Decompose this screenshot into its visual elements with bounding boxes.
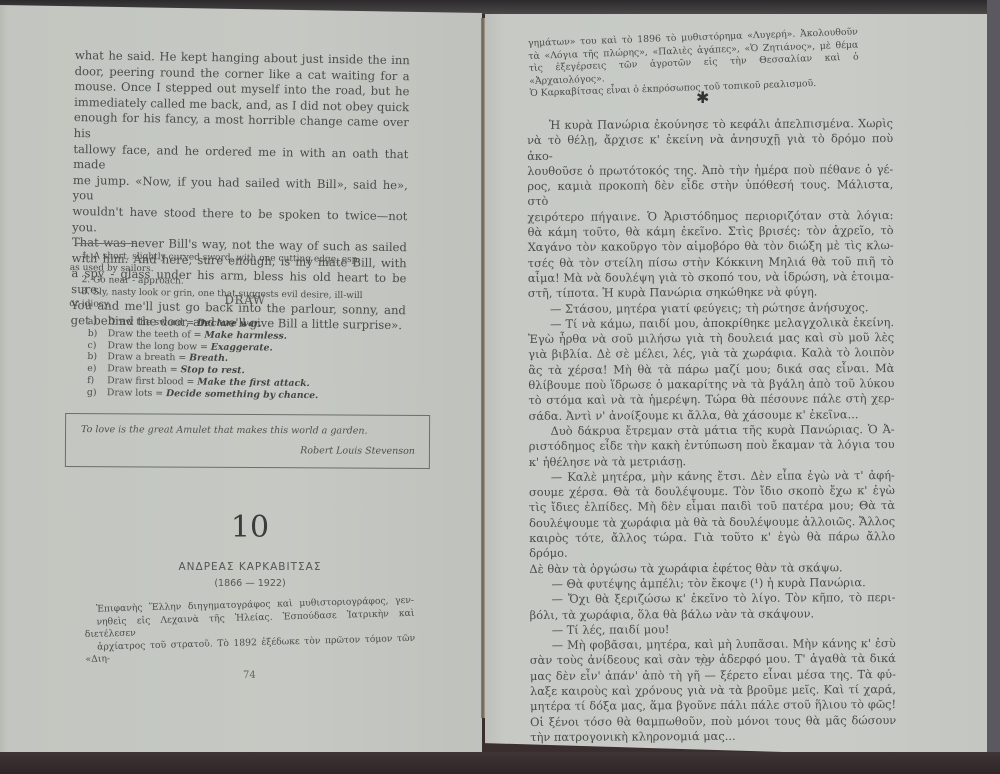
text-line: Οἱ ξένοι τόσο θὰ θαμπωθοῦν, ποὺ μόνοι το… bbox=[530, 713, 896, 730]
text-line: καιρὸς τότε, ἄλλος τώρα. Γιὰ τοῦτο κ' ἐγ… bbox=[529, 529, 895, 562]
draw-idioms-list: a)Draw the sword = Declare war.b)Draw th… bbox=[87, 316, 408, 403]
idiom-phrase: Draw lots = bbox=[107, 387, 166, 399]
item-label: e) bbox=[87, 363, 107, 375]
idiom-phrase: Draw breath = bbox=[107, 363, 180, 375]
text-line: wouldn't have stood there to be spoken t… bbox=[72, 204, 407, 240]
item-label: b) bbox=[88, 328, 108, 340]
item-label: a) bbox=[88, 316, 108, 328]
item-label: b) bbox=[87, 351, 107, 363]
idiom-meaning: Decide something by chance. bbox=[166, 388, 318, 401]
idiom-phrase: Draw the teeth of = bbox=[108, 328, 205, 340]
text-line: σάδα. Ἀντὶ ν' ἀνοίξουμε κι ἄλλα, θὰ χάσο… bbox=[529, 407, 895, 424]
section-separator-asterisk-icon: ✱ bbox=[696, 88, 709, 107]
chapter-author-name: ΑΝΔΡΕΑΣ ΚΑΡΚΑΒΙΤΣΑΣ bbox=[150, 561, 350, 573]
quote-text: To love is the great Amulet that makes t… bbox=[81, 424, 368, 436]
idiom-meaning: Declare war. bbox=[197, 318, 262, 330]
text-line: σὰν τοὺς ἀνίδεους καὶ σὰν τὸν ἀδερφό μου… bbox=[530, 651, 896, 668]
chapter-author-dates: (1866 — 1922) bbox=[200, 578, 300, 589]
biography-continuation: γημάτων» του καὶ τὸ 1896 τὸ μυθιστόρημα … bbox=[528, 27, 860, 101]
idiom-meaning: Make harmless. bbox=[204, 329, 287, 341]
idiom-meaning: Stop to rest. bbox=[180, 364, 244, 376]
chapter-number: 10 bbox=[200, 510, 300, 545]
right-page-body-text: Ἡ κυρὰ Πανώρια ἐκούνησε τὸ κεφάλι ἀπελπι… bbox=[527, 116, 896, 745]
text-line: Χαγάνο τὸν κακοῦργο τὸν αἱμοβόρο θὰ τὸν … bbox=[528, 238, 894, 255]
idiom-meaning: Make the first attack. bbox=[197, 377, 310, 390]
text-line: τὴν πατρογονικὴ κληρονομιά μας... bbox=[530, 728, 896, 745]
book-gutter bbox=[481, 18, 485, 718]
page-number-left: 74 bbox=[243, 670, 256, 681]
draw-section-title: DRAW bbox=[70, 293, 420, 307]
text-line: ριστόδημος εἶδε τὴν κακὴ ἐντύπωση ποὺ ἔκ… bbox=[529, 437, 895, 454]
text-line: γιὰ βιβλία. Δὲ σὲ μέλει, λές, γιὰ τὰ χωρ… bbox=[528, 346, 894, 363]
text-line: ρος, καμιὰ προκοπὴ δὲν εἶδε στὴν ὑπόθεσή… bbox=[527, 177, 893, 210]
idiom-meaning: Exaggerate. bbox=[211, 341, 273, 353]
idiom-phrase: Draw first blood = bbox=[107, 375, 197, 387]
item-label: c) bbox=[88, 340, 108, 352]
text-line: τὶς ἴδιες ἐλπίδες. Μὴ δὲν εἶμαι παιδὶ το… bbox=[529, 499, 895, 516]
text-line: τὸ στόμα καὶ νὰ τὰ ἡμερέψη. Τώρα θὰ πέσο… bbox=[528, 391, 894, 408]
text-line: νὰ τὸ θέλῃ, ἄρχισε κ' ἐκείνη νὰ ἀνησυχῇ … bbox=[527, 131, 893, 164]
background-edge-right bbox=[987, 0, 1000, 774]
text-line: μητέρα τί δόξα μας, ἅμα βγοῦνε πάλι πάλε… bbox=[530, 697, 896, 714]
page-number-right: 75 bbox=[698, 657, 711, 669]
text-line: αἷμα! Μὰ νὰ δουλέψη γιὰ τὸ σκοπό του, νὰ… bbox=[528, 269, 894, 286]
footnote-rule bbox=[76, 243, 136, 244]
text-line: — Ὄχι θὰ ξεριζώσω κ' ἐκεῖνο τὸ λίγο. Τὸν… bbox=[529, 590, 895, 607]
idiom-phrase: Draw a breath = bbox=[107, 352, 189, 364]
quote-author: Robert Louis Stevenson bbox=[300, 445, 415, 457]
item-label: f) bbox=[87, 375, 107, 387]
text-line: tallowy face, and he ordered me in with … bbox=[73, 142, 408, 178]
text-line: me jump. «Now, if you had sailed with Bi… bbox=[73, 173, 408, 209]
author-biography: Ἐπιφανὴς Ἕλλην διηγηματογράφος καὶ μυθισ… bbox=[84, 595, 416, 667]
idiom-phrase: Draw the long bow = bbox=[108, 340, 211, 352]
idiom-meaning: Breath. bbox=[189, 353, 228, 365]
text-line: — Στάσου, μητέρα γιατί φεύγεις; τὴ ρώτησ… bbox=[528, 300, 894, 317]
background-shadow-bottom bbox=[0, 752, 1000, 774]
idiom-phrase: Draw the sword = bbox=[108, 316, 197, 328]
text-line: Δὲ θὰν τὰ ὀργώσω τὰ χωράφια ἐφέτος θὰν τ… bbox=[529, 560, 895, 577]
quote-box: To love is the great Amulet that makes t… bbox=[65, 413, 430, 469]
item-label: g) bbox=[87, 387, 107, 399]
